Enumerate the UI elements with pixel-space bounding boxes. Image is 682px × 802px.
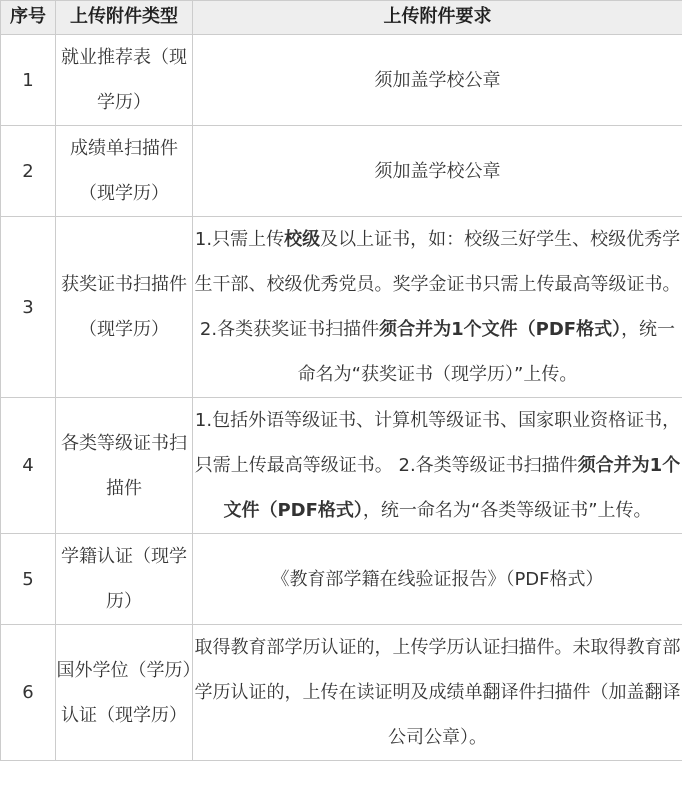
requirement-text: ，统一命名为“各类等级证书”上传。 bbox=[363, 500, 652, 521]
col-header-serial-number: 序号 bbox=[1, 1, 56, 35]
attachment-type-cell: 成绩单扫描件（现学历） bbox=[56, 126, 193, 217]
table-body: 1就业推荐表（现学历）须加盖学校公章2成绩单扫描件（现学历）须加盖学校公章3获奖… bbox=[1, 35, 682, 761]
table-row: 5学籍认证（现学历）《教育部学籍在线验证报告》（PDF格式） bbox=[1, 534, 682, 625]
row-number-cell: 1 bbox=[1, 35, 56, 126]
row-number-cell: 3 bbox=[1, 217, 56, 398]
attachment-type-cell: 国外学位（学历）认证（现学历） bbox=[56, 625, 193, 761]
attachment-type-cell: 就业推荐表（现学历） bbox=[56, 35, 193, 126]
requirement-text: 《教育部学籍在线验证报告》（PDF格式） bbox=[271, 569, 603, 590]
col-header-attachment-requirement: 上传附件要求 bbox=[193, 1, 682, 35]
row-number-cell: 2 bbox=[1, 126, 56, 217]
requirement-cell: 1.包括外语等级证书、计算机等级证书、国家职业资格证书，只需上传最高等级证书。 … bbox=[193, 398, 682, 534]
row-number-cell: 5 bbox=[1, 534, 56, 625]
table-row: 3获奖证书扫描件（现学历）1.只需上传校级及以上证书，如：校级三好学生、校级优秀… bbox=[1, 217, 682, 398]
row-number-cell: 6 bbox=[1, 625, 56, 761]
requirement-text: 1.只需上传 bbox=[195, 229, 284, 250]
table-row: 6国外学位（学历）认证（现学历）取得教育部学历认证的，上传学历认证扫描件。未取得… bbox=[1, 625, 682, 761]
requirement-cell: 《教育部学籍在线验证报告》（PDF格式） bbox=[193, 534, 682, 625]
requirement-text: 取得教育部学历认证的，上传学历认证扫描件。未取得教育部学历认证的，上传在读证明及… bbox=[195, 637, 681, 748]
requirement-emphasis: 校级 bbox=[284, 229, 320, 250]
table-header: 序号 上传附件类型 上传附件要求 bbox=[1, 1, 682, 35]
table-row: 2成绩单扫描件（现学历）须加盖学校公章 bbox=[1, 126, 682, 217]
requirement-text: 须加盖学校公章 bbox=[375, 161, 501, 182]
table-row: 4各类等级证书扫描件1.包括外语等级证书、计算机等级证书、国家职业资格证书，只需… bbox=[1, 398, 682, 534]
requirement-cell: 取得教育部学历认证的，上传学历认证扫描件。未取得教育部学历认证的，上传在读证明及… bbox=[193, 625, 682, 761]
attachment-type-cell: 学籍认证（现学历） bbox=[56, 534, 193, 625]
requirement-cell: 须加盖学校公章 bbox=[193, 35, 682, 126]
row-number-cell: 4 bbox=[1, 398, 56, 534]
requirement-text: 须加盖学校公章 bbox=[375, 70, 501, 91]
attachment-type-cell: 获奖证书扫描件（现学历） bbox=[56, 217, 193, 398]
table-row: 1就业推荐表（现学历）须加盖学校公章 bbox=[1, 35, 682, 126]
requirement-emphasis: 须合并为1个文件（PDF格式） bbox=[379, 319, 621, 340]
header-row: 序号 上传附件类型 上传附件要求 bbox=[1, 1, 682, 35]
requirement-cell: 1.只需上传校级及以上证书，如：校级三好学生、校级优秀学生干部、校级优秀党员。奖… bbox=[193, 217, 682, 398]
requirement-cell: 须加盖学校公章 bbox=[193, 126, 682, 217]
attachment-type-cell: 各类等级证书扫描件 bbox=[56, 398, 193, 534]
col-header-attachment-type: 上传附件类型 bbox=[56, 1, 193, 35]
attachment-requirements-table: 序号 上传附件类型 上传附件要求 1就业推荐表（现学历）须加盖学校公章2成绩单扫… bbox=[0, 0, 682, 761]
